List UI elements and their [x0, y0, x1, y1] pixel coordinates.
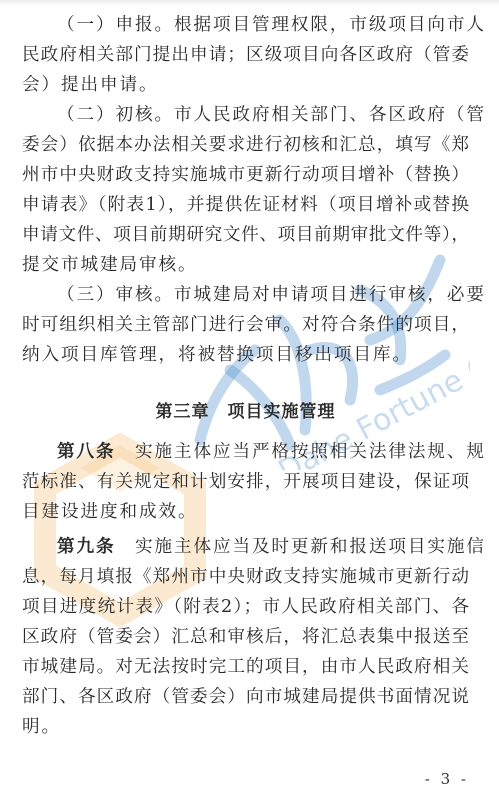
article9-line-4: 区政府（管委会）汇总和审核后，将汇总表集中报送至: [22, 622, 469, 652]
section2-line-5: 申请文件、项目前期研究文件、项目前期审批文件等），: [22, 220, 469, 250]
section3-line-1: （三）审核。市城建局对申请项目进行审核，必要: [22, 280, 469, 310]
section1-line-3: 会）提出申请。: [22, 70, 469, 100]
article8-line-3: 目建设进度和成效。: [22, 497, 469, 527]
article8-line-1: 第八条 实施主体应当严格按照相关法律法规、规: [22, 437, 469, 467]
section3-line-2: 时可组织相关主管部门进行会审。对符合条件的项目，: [22, 310, 469, 340]
article9-line-2: 息，每月填报《郑州市中央财政支持实施城市更新行动: [22, 562, 469, 592]
page-number: - 3 -: [425, 770, 469, 788]
article9-line-5: 市城建局。对无法按时完工的项目，由市人民政府相关: [22, 652, 469, 682]
article8-text: 实施主体应当严格按照相关法律法规、规: [115, 442, 485, 462]
section3-line-3: 纳入项目库管理，将被替换项目移出项目库。: [22, 340, 469, 370]
article9-line-7: 明。: [22, 712, 469, 742]
section2-line-3: 州市中央财政支持实施城市更新行动项目增补（替换）: [22, 160, 469, 190]
article9-line-1: 第九条 实施主体应当及时更新和报送项目实施信: [22, 532, 469, 562]
article8-line-2: 范标准、有关规定和计划安排，开展项目建设，保证项: [22, 467, 469, 497]
section1-line-1: （一）申报。根据项目管理权限，市级项目向市人: [22, 10, 469, 40]
section2-line-1: （二）初核。市人民政府相关部门、各区政府（管: [22, 100, 469, 130]
section2-line-6: 提交市城建局审核。: [22, 250, 469, 280]
article9-label: 第九条: [57, 536, 115, 557]
article9-text: 实施主体应当及时更新和报送项目实施信: [115, 537, 485, 557]
article8-label: 第八条: [57, 441, 115, 462]
chapter-heading: 第三章 项目实施管理: [22, 397, 469, 427]
section2-line-2: 委会）依据本办法相关要求进行初核和汇总，填写《郑: [22, 130, 469, 160]
article9-line-6: 部门、各区政府（管委会）向市城建局提供书面情况说: [22, 682, 469, 712]
article9-line-3: 项目进度统计表》（附表2）；市人民政府相关部门、各: [22, 592, 469, 622]
section1-line-2: 民政府相关部门提出申请；区级项目向各区政府（管委: [22, 40, 469, 70]
top-edge-shadow: [0, 0, 499, 6]
section2-line-4: 申请表》（附表1），并提供佐证材料（项目增补或替换: [22, 190, 469, 220]
